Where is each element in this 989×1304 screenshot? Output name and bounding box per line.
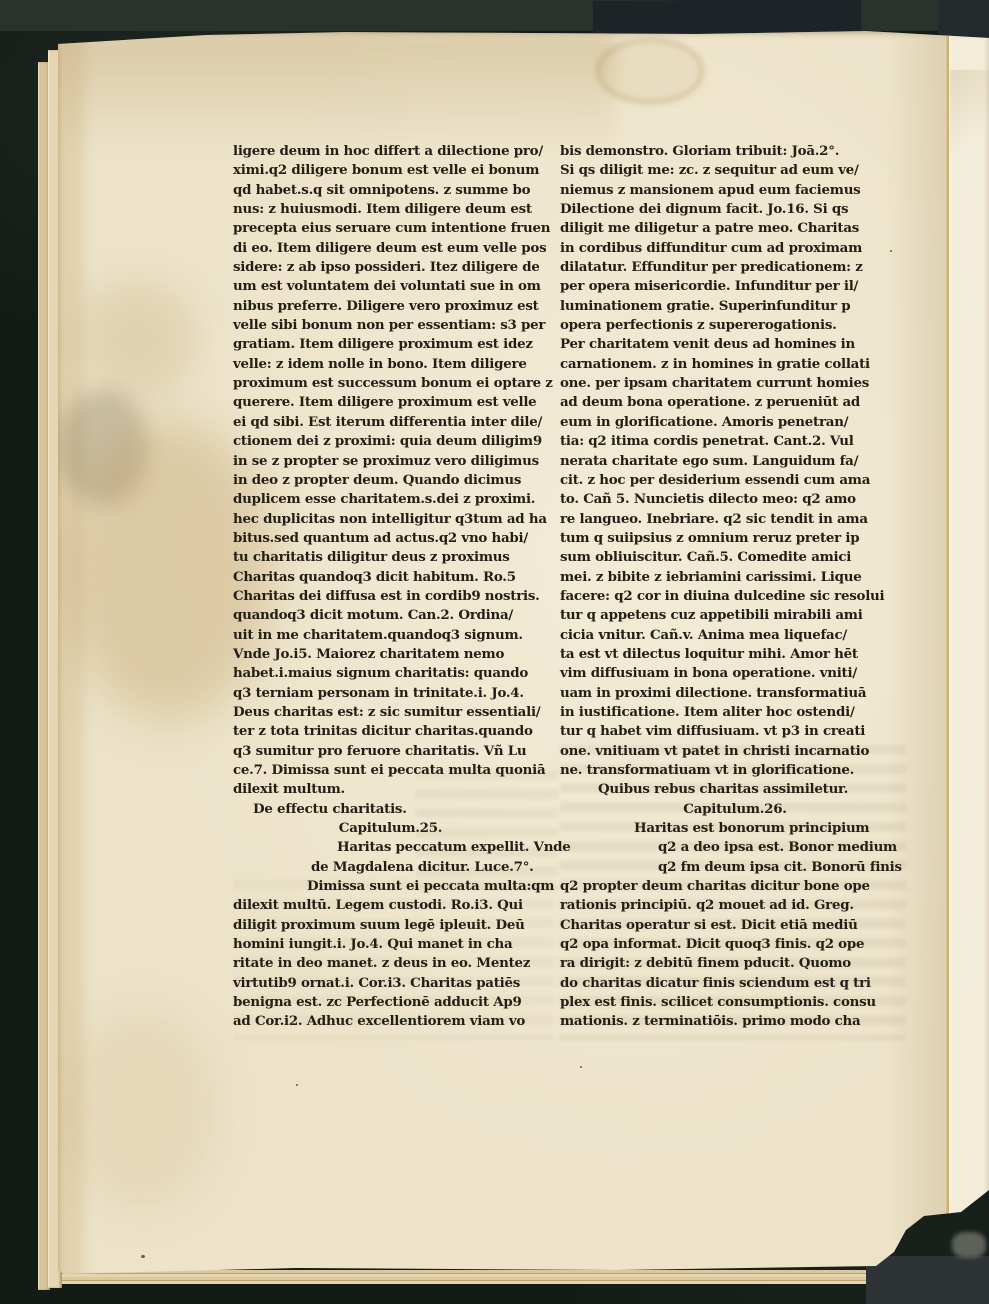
text-line: Haritas peccatum expellit. Vnde	[233, 838, 548, 857]
text-line: ritate in deo manet. z deus in eo. Mente…	[233, 954, 548, 973]
text-line: rationis principiū. q2 mouet ad id. Greg…	[560, 896, 910, 915]
text-line: carnationem. z in homines in gratie coll…	[560, 355, 910, 374]
text-line: nibus preferre. Diligere vero proximuz e…	[233, 297, 548, 316]
lower-left-toning	[66, 1010, 216, 1210]
text-line: dilatatur. Effunditur per predicationem:…	[560, 258, 910, 277]
text-line: Deus charitas est: z sic sumitur essenti…	[233, 703, 548, 722]
text-line: velle sibi bonum non per essentiam: s3 p…	[233, 316, 548, 335]
text-line: proximum est successum bonum ei optare z	[233, 374, 548, 393]
text-line: ad deum bona operatione. z perueniūt ad	[560, 393, 910, 412]
ring-stain	[596, 38, 704, 104]
text-line: dilexit multū. Legem custodi. Ro.i3. Qui	[233, 896, 548, 915]
text-line: ne. transformatiuam vt in glorificatione…	[560, 761, 910, 780]
text-line: gratiam. Item diligere proximum est idez	[233, 335, 548, 354]
text-line: duplicem esse charitatem.s.dei z proximi…	[233, 490, 548, 509]
text-line: Charitas operatur si est. Dicit etiā med…	[560, 916, 910, 935]
text-line: sum obliuiscitur. Cañ.5. Comedite amici	[560, 548, 910, 567]
text-line: De effectu charitatis.	[233, 800, 548, 819]
text-line: nerata charitate ego sum. Languidum fa/	[560, 452, 910, 471]
text-line: in iustificatione. Item aliter hoc osten…	[560, 703, 910, 722]
text-line: ra dirigit: z debitū finem pducit. Quomo	[560, 954, 910, 973]
text-line: ta est vt dilectus loquitur mihi. Amor h…	[560, 645, 910, 664]
facing-page-surface	[949, 30, 989, 1245]
text-column-left: ligere deum in hoc differt a dilectione …	[233, 142, 548, 1032]
text-line: uam in proximi dilectione. transformatiu…	[560, 684, 910, 703]
text-line: Charitas dei diffusa est in cordib9 nost…	[233, 587, 548, 606]
text-line: Haritas est bonorum principium	[560, 819, 910, 838]
paper-speck	[580, 1066, 582, 1068]
text-line: ligere deum in hoc differt a dilectione …	[233, 142, 548, 161]
text-line: q2 fm deum ipsa cit. Bonorū finis	[560, 858, 910, 877]
text-line: Vnde Jo.i5. Maiorez charitatem nemo	[233, 645, 548, 664]
page-fold-crease	[946, 36, 949, 1236]
text-line: q3 terniam personam in trinitate.i. Jo.4…	[233, 684, 548, 703]
text-line: Dimissa sunt ei peccata multa:qm	[233, 877, 548, 896]
text-line: diligit me diligetur a patre meo. Charit…	[560, 219, 910, 238]
text-line: to. Cañ 5. Nuncietis dilecto meo: q2 amo	[560, 490, 910, 509]
text-line: q2 propter deum charitas dicitur bone op…	[560, 877, 910, 896]
text-line: sidere: z ab ipso possideri. Itez dilige…	[233, 258, 548, 277]
text-line: mationis. z terminatiōis. primo modo cha	[560, 1012, 910, 1031]
text-line: tur q habet vim diffusiuam. vt p3 in cre…	[560, 722, 910, 741]
text-line: cit. z hoc per desiderium essendi cum am…	[560, 471, 910, 490]
left-margin-stain-upper	[76, 280, 196, 400]
text-line: vim diffusiuam in bona operatione. vniti…	[560, 664, 910, 683]
paper-speck	[296, 1084, 298, 1086]
text-line: quandoq3 dicit motum. Can.2. Ordina/	[233, 606, 548, 625]
text-line: cicia vnitur. Cañ.v. Anima mea liquefac/	[560, 626, 910, 645]
bottom-page-edges	[62, 1270, 877, 1284]
text-line: facere: q2 cor in diuina dulcedine sic r…	[560, 587, 910, 606]
backing-object	[952, 1232, 986, 1258]
text-line: benigna est. zc Perfectionē adducit Ap9	[233, 993, 548, 1012]
text-line: bitus.sed quantum ad actus.q2 vno habi/	[233, 529, 548, 548]
text-line: querere. Item diligere proximum est vell…	[233, 393, 548, 412]
facing-page-corner-shade	[949, 70, 989, 190]
text-line: in se z propter se proximuz vero diligim…	[233, 452, 548, 471]
text-line: re langueo. Inebriare. q2 sic tendit in …	[560, 510, 910, 529]
dark-corner-flap	[938, 0, 989, 41]
text-line: eum in glorificatione. Amoris penetran/	[560, 413, 910, 432]
text-line: ctionem dei z proximi: quia deum diligim…	[233, 432, 548, 451]
text-line: mei. z bibite z iebriamini carissimi. Li…	[560, 568, 910, 587]
text-line: qd habet.s.q sit omnipotens. z summe bo	[233, 181, 548, 200]
text-line: ter z tota trinitas dicitur charitas.qua…	[233, 722, 548, 741]
text-line: velle: z idem nolle in bono. Item dilige…	[233, 355, 548, 374]
text-line: um est voluntatem dei voluntati sue in o…	[233, 277, 548, 296]
text-line: habet.i.maius signum charitatis: quando	[233, 664, 548, 683]
text-line: Capitulum.25.	[233, 819, 548, 838]
text-line: q2 a deo ipsa est. Bonor medium	[560, 838, 910, 857]
paper-speck	[141, 1255, 145, 1258]
dark-smudge-stain	[58, 390, 148, 505]
text-line: ce.7. Dimissa sunt ei peccata multa quon…	[233, 761, 548, 780]
text-line: ad Cor.i2. Adhuc excellentiorem viam vo	[233, 1012, 548, 1031]
text-line: q3 sumitur pro feruore charitatis. Vñ Lu	[233, 742, 548, 761]
text-line: hec duplicitas non intelligitur q3tum ad…	[233, 510, 548, 529]
text-line: tur q appetens cuz appetibili mirabili a…	[560, 606, 910, 625]
text-line: de Magdalena dicitur. Luce.7°.	[233, 858, 548, 877]
text-line: Si qs diligit me: zc. z sequitur ad eum …	[560, 161, 910, 180]
text-line: di eo. Item diligere deum est eum velle …	[233, 239, 548, 258]
text-line: in cordibus diffunditur cum ad proximam	[560, 239, 910, 258]
text-line: tia: q2 itima cordis penetrat. Cant.2. V…	[560, 432, 910, 451]
text-line: one. vnitiuam vt patet in christi incarn…	[560, 742, 910, 761]
text-line: bis demonstro. Gloriam tribuit: Joā.2°.	[560, 142, 910, 161]
text-line: uit in me charitatem.quandoq3 signum.	[233, 626, 548, 645]
text-line: per opera misericordie. Infunditur per i…	[560, 277, 910, 296]
text-line: Dilectione dei dignum facit. Jo.16. Si q…	[560, 200, 910, 219]
scan-background: { "palette": { "background": "#131b16", …	[0, 0, 989, 1304]
book-page: ligere deum in hoc differt a dilectione …	[56, 30, 989, 1280]
text-line: homini iungit.i. Jo.4. Qui manet in cha	[233, 935, 548, 954]
text-line: tu charitatis diligitur deus z proximus	[233, 548, 548, 567]
text-line: opera perfectionis z supererogationis.	[560, 316, 910, 335]
text-line: ei qd sibi. Est iterum differentia inter…	[233, 413, 548, 432]
text-column-right: bis demonstro. Gloriam tribuit: Joā.2°.S…	[560, 142, 910, 1032]
text-line: q2 opa informat. Dicit quoq3 finis. q2 o…	[560, 935, 910, 954]
text-line: niemus z mansionem apud eum faciemus	[560, 181, 910, 200]
text-line: do charitas dicatur finis sciendum est q…	[560, 974, 910, 993]
text-line: one. per ipsam charitatem currunt homies	[560, 374, 910, 393]
backing-bottom-right	[866, 1256, 989, 1304]
text-line: Capitulum.26.	[560, 800, 910, 819]
text-line: dilexit multum.	[233, 780, 548, 799]
text-line: nus: z huiusmodi. Item diligere deum est	[233, 200, 548, 219]
text-line: Charitas quandoq3 dicit habitum. Ro.5	[233, 568, 548, 587]
text-line: Per charitatem venit deus ad homines in	[560, 335, 910, 354]
text-line: luminationem gratie. Superinfunditur p	[560, 297, 910, 316]
left-edge-toning	[56, 30, 84, 1280]
text-line: tum q suiipsius z omnium reruz preter ip	[560, 529, 910, 548]
text-line: plex est finis. scilicet consumptionis. …	[560, 993, 910, 1012]
text-line: precepta eius seruare cum intentione fru…	[233, 219, 548, 238]
text-line: diligit proximum suum legē ipleuit. Deū	[233, 916, 548, 935]
text-line: Quibus rebus charitas assimiletur.	[560, 780, 910, 799]
top-edge-toning-stain	[56, 32, 616, 152]
text-line: virtutib9 ornat.i. Cor.i3. Charitas pati…	[233, 974, 548, 993]
text-line: in deo z propter deum. Quando dicimus	[233, 471, 548, 490]
text-line: ximi.q2 diligere bonum est velle ei bonu…	[233, 161, 548, 180]
